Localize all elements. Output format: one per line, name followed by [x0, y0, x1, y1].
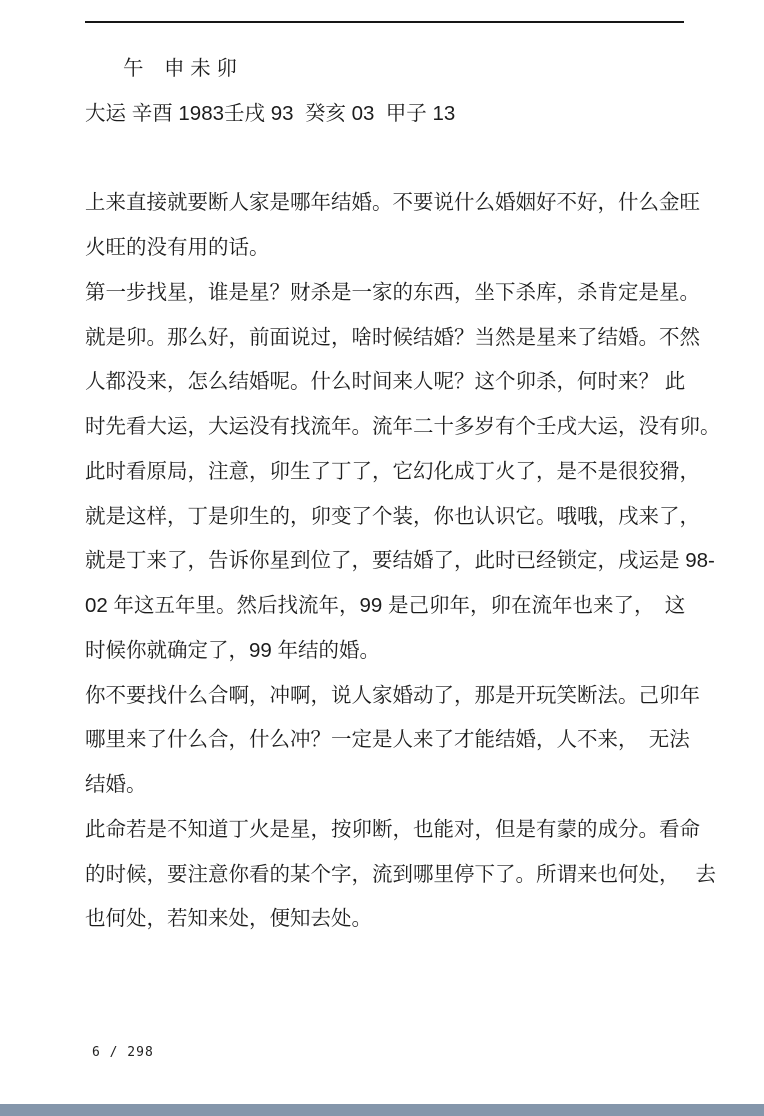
body-line: 也何处，若知来处，便知去处。 [85, 897, 710, 942]
body-line: 就是这样，丁是卯生的，卯变了个装，你也认识它。哦哦，戌来了， [85, 495, 710, 540]
bazi-branches-line: 午 申 未 卯 [85, 47, 710, 92]
body-line: 结婚。 [85, 763, 710, 808]
page-content: 午 申 未 卯 大运 辛酉 1983壬戌 93 癸亥 03 甲子 13 上来直接… [85, 47, 710, 942]
body-line: 就是卯。那么好，前面说过，啥时候结婚？当然是星来了结婚。不然 [85, 316, 710, 361]
body-line: 时候你就确定了，99 年结的婚。 [85, 629, 710, 674]
header-rule [85, 21, 684, 23]
viewer-footer-bar [0, 1104, 764, 1116]
body-line: 哪里来了什么合，什么冲？一定是人来了才能结婚，人不来， 无法 [85, 718, 710, 763]
body-line: 02 年这五年里。然后找流年，99 是己卯年，卯在流年也来了， 这 [85, 584, 710, 629]
blank-line [85, 137, 710, 182]
luck-cycle-line: 大运 辛酉 1983壬戌 93 癸亥 03 甲子 13 [85, 92, 710, 137]
document-page: 午 申 未 卯 大运 辛酉 1983壬戌 93 癸亥 03 甲子 13 上来直接… [0, 0, 764, 1116]
body-line: 火旺的没有用的话。 [85, 226, 710, 271]
body-line: 时先看大运，大运没有找流年。流年二十多岁有个壬戌大运，没有卯。 [85, 405, 710, 450]
body-line: 此命若是不知道丁火是星，按卯断，也能对，但是有蒙的成分。看命 [85, 808, 710, 853]
body-line: 第一步找星，谁是星？财杀是一家的东西，坐下杀库，杀肯定是星。 [85, 271, 710, 316]
body-line: 此时看原局，注意，卯生了丁了，它幻化成丁火了，是不是很狡猾， [85, 450, 710, 495]
body-line: 的时候，要注意你看的某个字，流到哪里停下了。所谓来也何处， 去 [85, 853, 710, 898]
body-line: 你不要找什么合啊，冲啊，说人家婚动了，那是开玩笑断法。己卯年 [85, 674, 710, 719]
page-indicator: 6 / 298 [92, 1045, 154, 1060]
body-line: 人都没来，怎么结婚呢。什么时间来人呢？这个卯杀，何时来？ 此 [85, 360, 710, 405]
body-line: 就是丁来了，告诉你星到位了，要结婚了，此时已经锁定，戌运是 98- [85, 539, 710, 584]
body-line: 上来直接就要断人家是哪年结婚。不要说什么婚姻好不好，什么金旺 [85, 181, 710, 226]
